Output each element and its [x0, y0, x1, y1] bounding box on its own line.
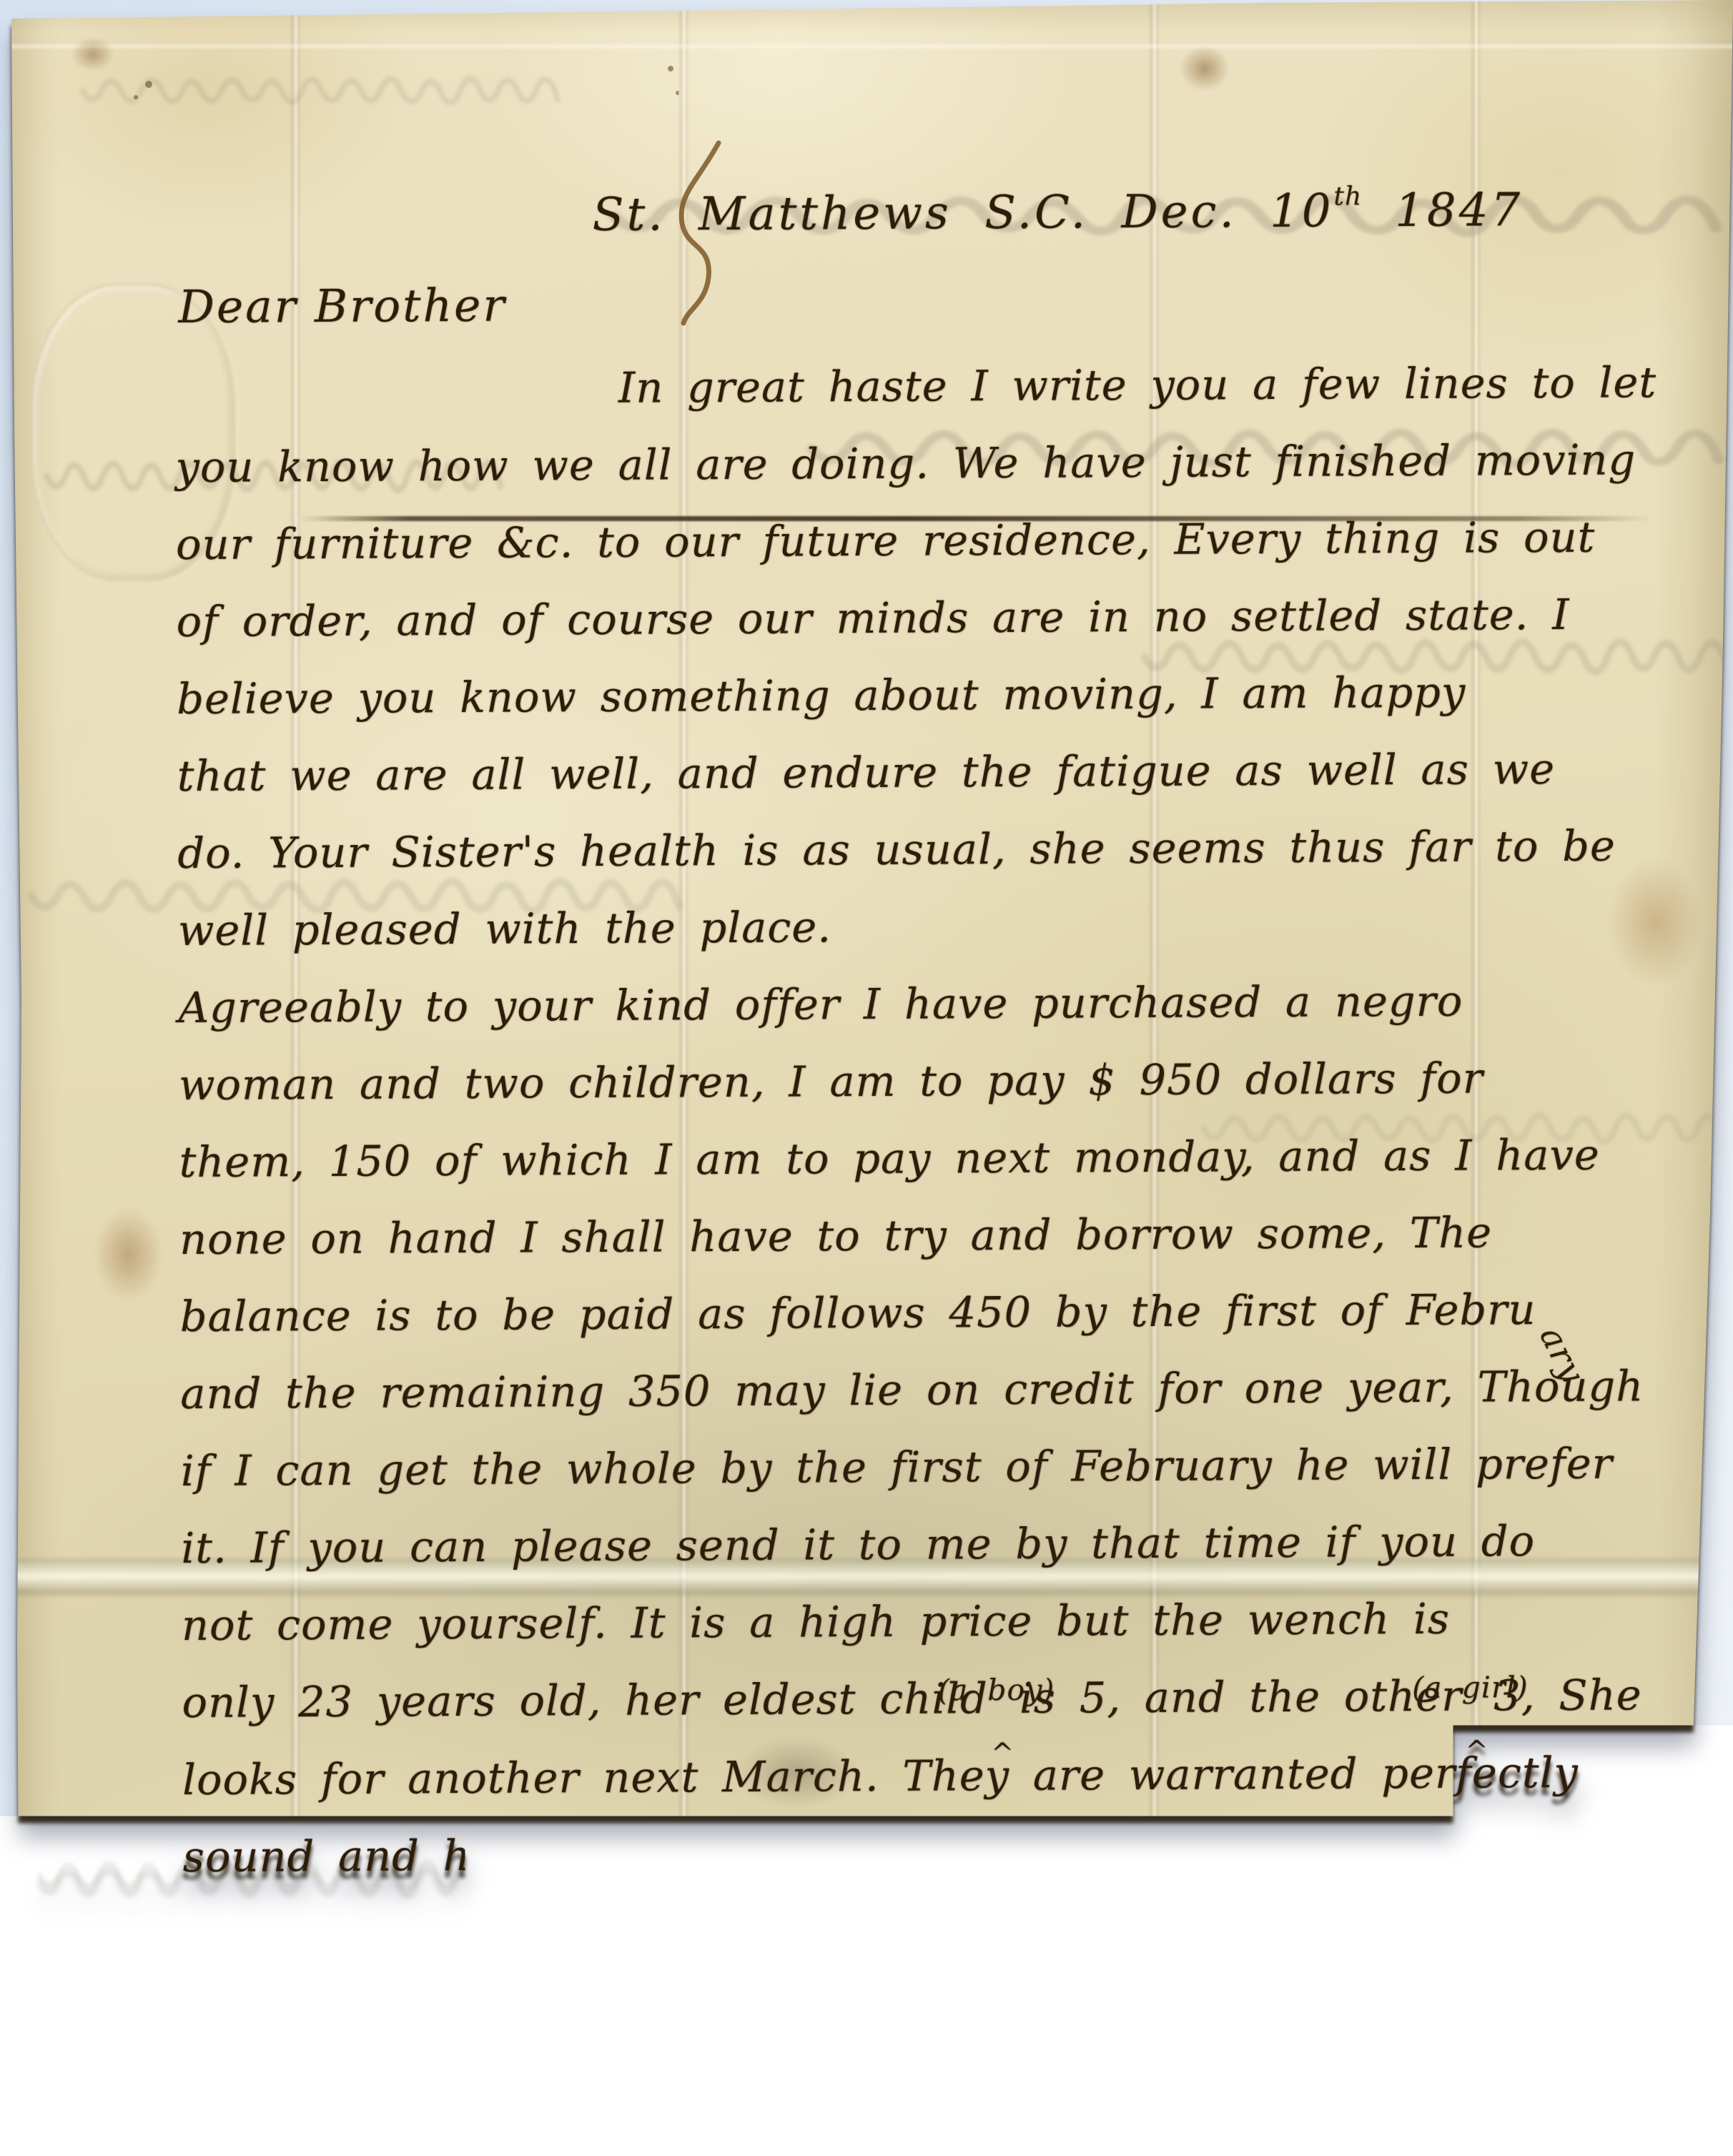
- letter-page: St. Matthews S.C. Dec. 10th1847 Dear Bro…: [0, 0, 1733, 2156]
- salutation: Dear Brother: [178, 280, 507, 333]
- letter-line: =ested persons. Your Sister sends her lo…: [184, 1979, 1700, 2064]
- dateline-year: 1847: [1395, 184, 1523, 237]
- inserted-text-above-line: (a girl): [1412, 1670, 1529, 1705]
- letter-line: that we are all well, and endure the fat…: [177, 743, 1694, 829]
- letter-line: well pleased with the place.: [178, 898, 1694, 983]
- letter-line-with-insertions: only 23 years old, her eldest child^(a b…: [182, 1670, 1698, 1755]
- letter-line: none on hand I shall have to try and bor…: [179, 1207, 1696, 1292]
- letter-line: our furniture &c. to our future residenc…: [176, 512, 1692, 597]
- caret-mark: ^: [991, 1737, 1014, 1769]
- letter-line: you must surely try to get your Father a…: [184, 2056, 1700, 2141]
- letter-line: sound and healthy; and the woman has bee…: [183, 1824, 1699, 1909]
- letter-line: balance is to be paid as follows 450 by …: [180, 1284, 1697, 1369]
- letter-line: them, 150 of which I am to pay next mond…: [179, 1129, 1695, 1215]
- letter-line: if I can get the whole by the first of F…: [181, 1438, 1697, 1523]
- letter-line: you know how we all are doing. We have j…: [175, 435, 1692, 520]
- line-segment: is 5, and the other: [1019, 1671, 1463, 1723]
- dateline: St. Matthews S.C. Dec. 10th1847: [592, 184, 1523, 242]
- inserted-text-above-line: (a boy): [938, 1673, 1055, 1708]
- dateline-place-date: St. Matthews S.C. Dec. 10: [592, 185, 1333, 242]
- letter-line: house work. They are highly recommended …: [183, 1902, 1699, 1987]
- letter-line: and the remaining 350 may lie on credit …: [180, 1361, 1697, 1446]
- letter-line: believe you know something about moving,…: [177, 666, 1693, 751]
- caret-mark: ^: [1465, 1734, 1488, 1766]
- letter-line: do. Your Sister's health is as usual, sh…: [177, 821, 1694, 906]
- line-segment: only 23 years old, her eldest child: [182, 1673, 988, 1727]
- handwriting-layer: St. Matthews S.C. Dec. 10th1847 Dear Bro…: [0, 0, 1733, 2156]
- letter-line: In great haste I write you a few lines t…: [175, 357, 1692, 442]
- letter-line: it. If you can please send it to me by t…: [181, 1515, 1697, 1601]
- scanned-letter-image: { "colors":{ "scanner_background":"#dbe5…: [0, 0, 1733, 2156]
- letter-line: not come yourself. It is a high price bu…: [182, 1593, 1698, 1678]
- letter-line: of order, and of course our minds are in…: [176, 589, 1692, 674]
- letter-line: Agreeably to your kind offer I have purc…: [178, 975, 1694, 1060]
- dateline-ordinal: th: [1333, 182, 1362, 211]
- letter-body: In great haste I write you a few lines t…: [175, 357, 1700, 2141]
- letter-page-wrapper: St. Matthews S.C. Dec. 10th1847 Dear Bro…: [0, 0, 1733, 2156]
- letter-line: woman and two children, I am to pay $ 95…: [179, 1052, 1695, 1137]
